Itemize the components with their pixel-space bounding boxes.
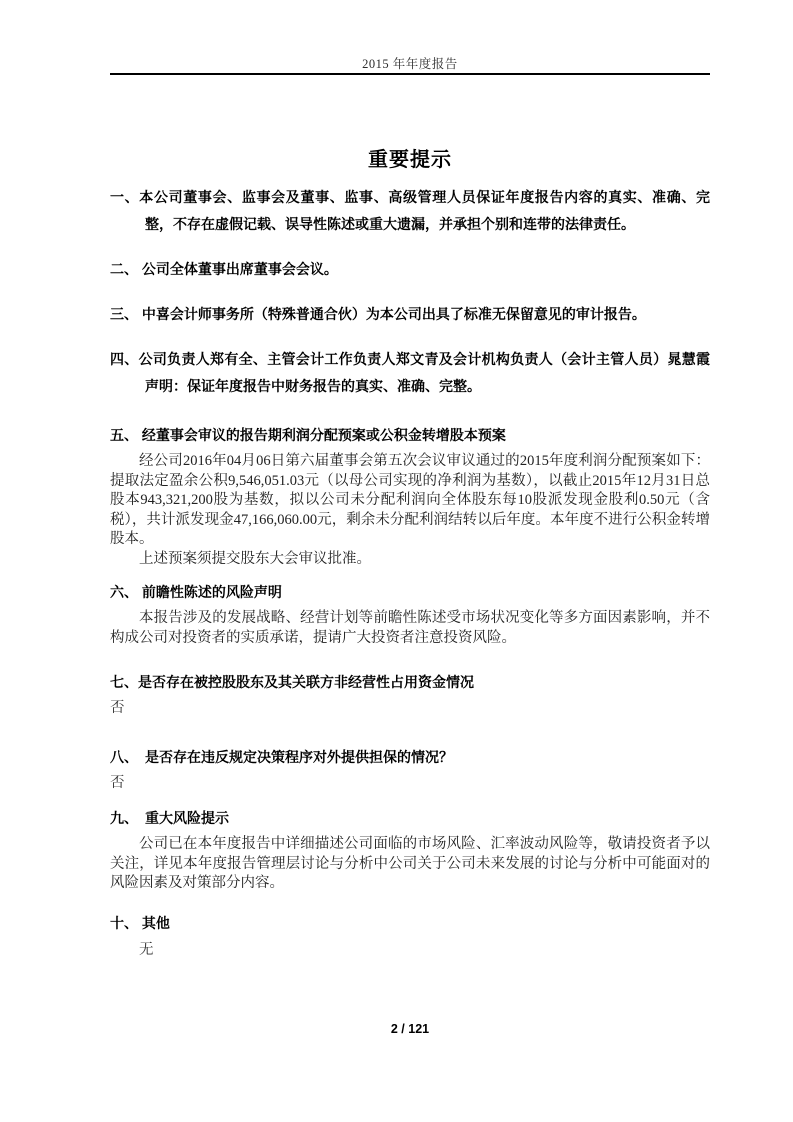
section-10-answer: 无 (110, 941, 710, 960)
document-title: 重要提示 (110, 143, 710, 172)
section-8-answer: 否 (110, 774, 710, 793)
section-1-heading: 一、本公司董事会、监事会及董事、监事、高级管理人员保证年度报告内容的真实、准确、… (110, 184, 710, 238)
section-9-heading: 九、 重大风险提示 (110, 805, 710, 832)
section-7-heading: 七、是否存在被控股股东及其关联方非经营性占用资金情况 (110, 669, 710, 696)
section-5: 五、 经董事会审议的报告期利润分配预案或公积金转增股本预案 经公司2016年04… (110, 422, 710, 569)
sections-container: 一、本公司董事会、监事会及董事、监事、高级管理人员保证年度报告内容的真实、准确、… (110, 184, 710, 960)
header-divider (110, 73, 710, 75)
section-7-answer: 否 (110, 699, 710, 718)
section-4-heading: 四、公司负责人郑有全、主管会计工作负责人郑文青及会计机构负责人（会计主管人员）晁… (110, 346, 710, 400)
section-6: 六、 前瞻性陈述的风险声明 本报告涉及的发展战略、经营计划等前瞻性陈述受市场状况… (110, 579, 710, 648)
section-6-paragraph: 本报告涉及的发展战略、经营计划等前瞻性陈述受市场状况变化等多方面因素影响，并不构… (110, 609, 710, 648)
section-9: 九、 重大风险提示 公司已在本年度报告中详细描述公司面临的市场风险、汇率波动风险… (110, 805, 710, 894)
report-header-title: 2015 年年度报告 (110, 54, 710, 72)
section-10-heading: 十、 其他 (110, 910, 710, 937)
section-7: 七、是否存在被控股股东及其关联方非经营性占用资金情况 否 (110, 669, 710, 718)
section-8-heading: 八、 是否存在违反规定决策程序对外提供担保的情况？ (110, 744, 710, 771)
section-1: 一、本公司董事会、监事会及董事、监事、高级管理人员保证年度报告内容的真实、准确、… (110, 184, 710, 238)
section-2: 二、 公司全体董事出席董事会会议。 (110, 256, 710, 283)
section-10: 十、 其他 无 (110, 910, 710, 960)
report-page: 2015 年年度报告 重要提示 一、本公司董事会、监事会及董事、监事、高级管理人… (0, 0, 793, 1122)
section-4: 四、公司负责人郑有全、主管会计工作负责人郑文青及会计机构负责人（会计主管人员）晁… (110, 346, 710, 400)
section-2-heading: 二、 公司全体董事出席董事会会议。 (110, 256, 710, 283)
section-3: 三、 中喜会计师事务所（特殊普通合伙）为本公司出具了标准无保留意见的审计报告。 (110, 301, 710, 328)
page-number: 2 / 121 (110, 1022, 710, 1036)
section-5-paragraph-1: 经公司2016年04月06日第六届董事会第五次会议审议通过的2015年度利润分配… (110, 452, 710, 550)
section-9-paragraph: 公司已在本年度报告中详细描述公司面临的市场风险、汇率波动风险等，敬请投资者予以关… (110, 835, 710, 894)
section-8: 八、 是否存在违反规定决策程序对外提供担保的情况？ 否 (110, 744, 710, 793)
section-5-paragraph-2: 上述预案须提交股东大会审议批准。 (110, 550, 710, 570)
section-6-heading: 六、 前瞻性陈述的风险声明 (110, 579, 710, 606)
section-5-heading: 五、 经董事会审议的报告期利润分配预案或公积金转增股本预案 (110, 422, 710, 449)
section-3-heading: 三、 中喜会计师事务所（特殊普通合伙）为本公司出具了标准无保留意见的审计报告。 (110, 301, 710, 328)
